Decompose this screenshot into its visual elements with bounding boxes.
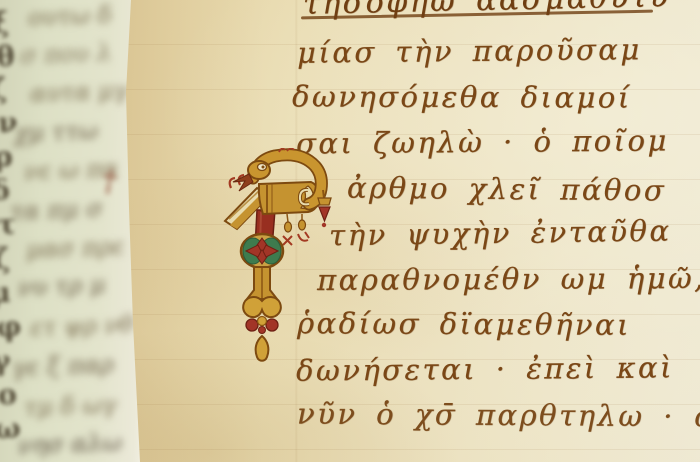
manuscript-text-line: σαι ζωηλὼ · ὁ ποῖομ [296, 123, 669, 160]
blurred-edge-glyph: ζ [0, 242, 10, 276]
illuminated-initial [213, 148, 343, 363]
manuscript-text-line: παραθνομέθν ωμ ἡμῶ, [317, 261, 700, 297]
initial-tassels [283, 214, 309, 245]
blurred-edge-glyph: ρ [0, 140, 13, 174]
blurred-edge-glyph: μ [0, 275, 11, 309]
initial-lower-stem [247, 267, 277, 299]
blurred-edge-column: ξθζνρδτζμφγοω [0, 0, 142, 462]
manuscript-photo: τησοφηὼ αασμαθυτυμίασ τὴν παροῦσαμδωνησό… [0, 0, 700, 462]
manuscript-text-line: τὴν ψυχὴν ἐνταῦθα [329, 214, 672, 253]
blurred-edge-glyph: ξ [0, 6, 9, 40]
left-page: ουτω δσ που λαυτα μγχμ ττωνε ω πατα πμ σ… [0, 0, 142, 462]
manuscript-text-line: δωνήσεται · ἐπεὶ καὶ [296, 350, 674, 387]
manuscript-text-line: νῦν ὁ χσ̄ παρθτηλω · ς [297, 397, 700, 434]
manuscript-text-line: ἀρθμο χλεῖ πάθοσ [347, 171, 666, 208]
bird-beak [233, 174, 253, 191]
manuscript-text-line: μίασ τὴν παροῦσαμ [297, 32, 642, 70]
initial-foliate-pendant [243, 297, 281, 361]
blurred-edge-glyph: τ [0, 208, 17, 242]
blurred-edge-glyph: γ [0, 344, 11, 378]
manuscript-text-line: τησοφηὼ αασμαθυτυ [303, 0, 671, 22]
blurred-edge-glyph: ο [0, 378, 18, 412]
blurred-edge-glyph: ζ [0, 72, 7, 106]
blurred-edge-glyph: φ [0, 309, 22, 343]
initial-roundel [241, 234, 283, 268]
manuscript-text-line: ῥαδίωσ δϊαμεθῆναι [297, 306, 631, 342]
blurred-edge-glyph: θ [0, 40, 16, 74]
blurred-edge-glyph: ν [0, 106, 18, 140]
manuscript-text-line: δωνησόμεθα διαμοί [292, 79, 632, 114]
blurred-edge-glyph: ω [0, 411, 22, 445]
blurred-edge-glyph: δ [0, 174, 11, 208]
